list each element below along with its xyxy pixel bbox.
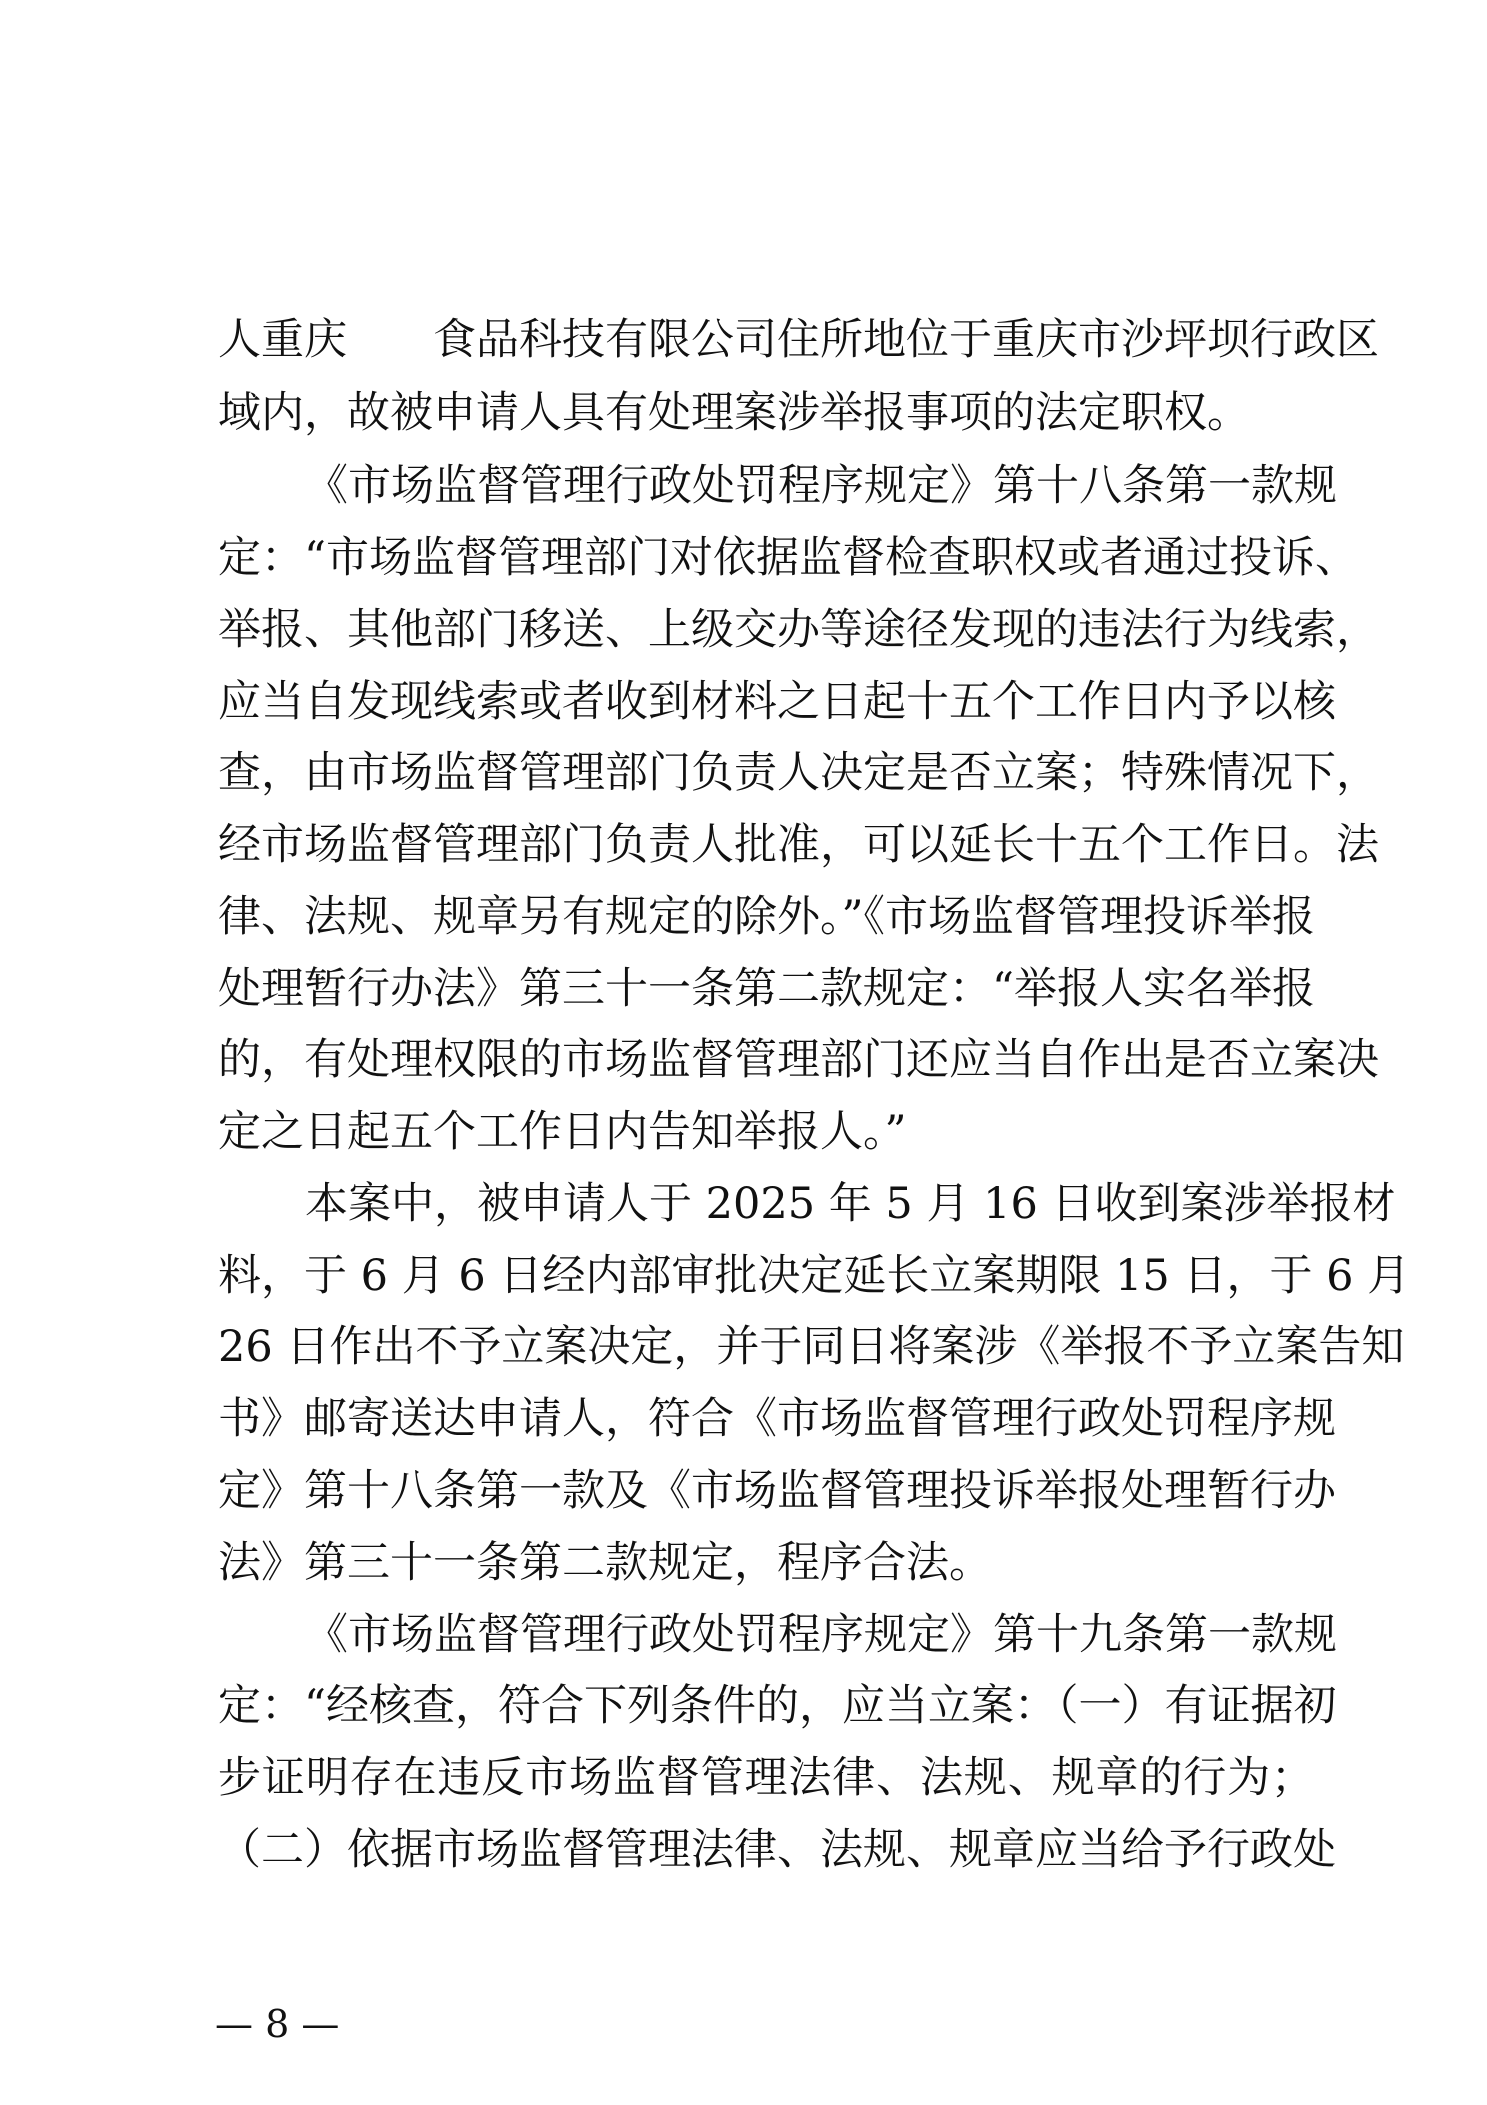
text-line: 定》第十八条第一款及《市场监督管理投诉举报处理暂行办 [218,1461,1314,1521]
text-line: 《市场监督管理行政处罚程序规定》第十九条第一款规 [305,1605,1314,1665]
text-line: 本案中，被申请人于 2025 年 5 月 16 日收到案涉举报材 [305,1174,1314,1234]
text-line: （二）依据市场监督管理法律、法规、规章应当给予行政处 [218,1820,1314,1880]
text-line: 法》第三十一条第二款规定，程序合法。 [218,1533,1314,1593]
text-line: 的，有处理权限的市场监督管理部门还应当自作出是否立案决 [218,1030,1314,1090]
text-line: 《市场监督管理行政处罚程序规定》第十八条第一款规 [305,456,1314,516]
text-line: 举报、其他部门移送、上级交办等途径发现的违法行为线索， [218,600,1314,660]
text-line: 律、法规、规章另有规定的除外。”《市场监督管理投诉举报 [218,887,1314,947]
text-line: 定：“市场监督管理部门对依据监督检查职权或者通过投诉、 [218,528,1314,588]
text-line: 查，由市场监督管理部门负责人决定是否立案；特殊情况下， [218,743,1314,803]
document-page: 人重庆 食品科技有限公司住所地位于重庆市沙坪坝行政区 域内，故被申请人具有处理案… [0,0,1487,2105]
page-number: — 8 — [215,2002,339,2046]
text-line: 书》邮寄送达申请人，符合《市场监督管理行政处罚程序规 [218,1389,1314,1449]
text-line: 应当自发现线索或者收到材料之日起十五个工作日内予以核 [218,672,1314,732]
text-line: 定：“经核查，符合下列条件的，应当立案：（一）有证据初 [218,1676,1314,1736]
text-line: 定之日起五个工作日内告知举报人。” [218,1102,1314,1162]
text-line: 料，于 6 月 6 日经内部审批决定延长立案期限 15 日，于 6 月 [218,1246,1314,1306]
text-line: 步证明存在违反市场监督管理法律、法规、规章的行为； [218,1748,1314,1808]
text-line: 域内，故被申请人具有处理案涉举报事项的法定职权。 [218,383,1314,443]
text-line: 经市场监督管理部门负责人批准，可以延长十五个工作日。法 [218,815,1314,875]
text-line: 26 日作出不予立案决定，并于同日将案涉《举报不予立案告知 [218,1317,1314,1377]
text-line: 人重庆 食品科技有限公司住所地位于重庆市沙坪坝行政区 [218,310,1314,370]
text-line: 处理暂行办法》第三十一条第二款规定：“举报人实名举报 [218,959,1314,1019]
